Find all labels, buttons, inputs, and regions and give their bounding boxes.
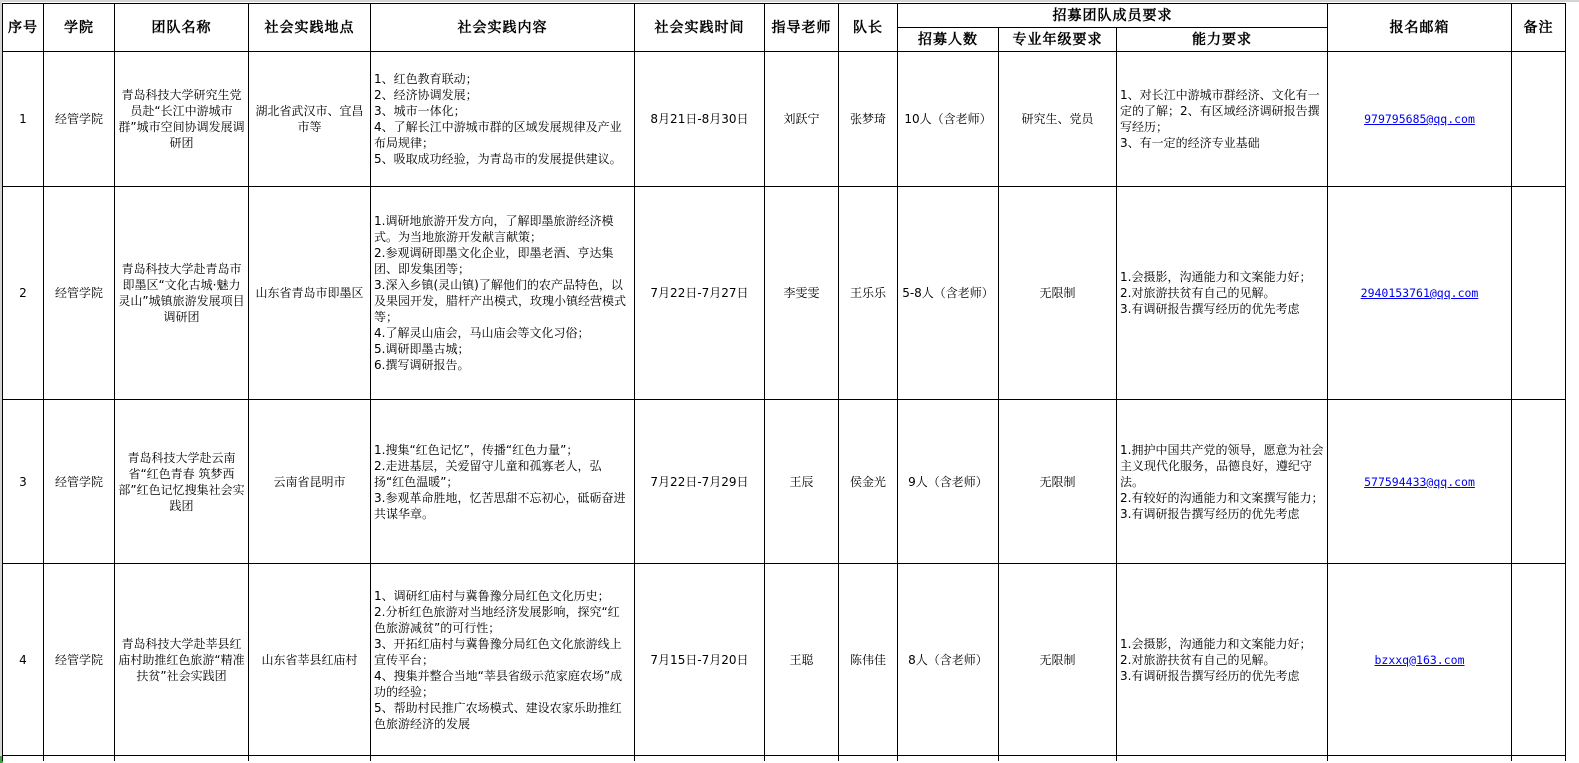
cell-index[interactable]: 3 <box>3 400 44 564</box>
cell-major-grade[interactable]: 无限制 <box>999 564 1117 756</box>
cell-content[interactable]: 1.调研地旅游开发方向，了解即墨旅游经济模式。为当地旅游开发献言献策； 2.参观… <box>371 187 635 400</box>
cell-empty[interactable] <box>44 756 115 762</box>
cell-college[interactable]: 经管学院 <box>44 564 115 756</box>
cell-index[interactable]: 2 <box>3 187 44 400</box>
header-team-name[interactable]: 团队名称 <box>115 4 249 52</box>
header-content[interactable]: 社会实践内容 <box>371 4 635 52</box>
cell-time[interactable]: 7月22日-7月29日 <box>635 400 765 564</box>
table-row: 1 经管学院 青岛科技大学研究生党员赴“长江中游城市群”城市空间协调发展调研团 … <box>3 52 1566 187</box>
header-ability[interactable]: 能力要求 <box>1117 28 1328 52</box>
header-college[interactable]: 学院 <box>44 4 115 52</box>
cell-major-grade[interactable]: 无限制 <box>999 187 1117 400</box>
cell-content[interactable]: 1.搜集“红色记忆”，传播“红色力量”； 2.走进基层，关爱留守儿童和孤寡老人，… <box>371 400 635 564</box>
cell-ability[interactable]: 1、对长江中游城市群经济、文化有一定的了解；2、有区域经济调研报告撰写经历； 3… <box>1117 52 1328 187</box>
cell-recruit-count[interactable]: 5-8人（含老师） <box>898 187 999 400</box>
cell-email[interactable]: bzxxq@163.com <box>1328 564 1512 756</box>
cell-advisor[interactable]: 王聪 <box>765 564 839 756</box>
cell-remarks[interactable] <box>1512 564 1566 756</box>
cell-advisor[interactable]: 王辰 <box>765 400 839 564</box>
table-row: 2 经管学院 青岛科技大学赴青岛市即墨区“文化古城·魅力灵山”城镇旅游发展项目调… <box>3 187 1566 400</box>
cell-empty[interactable] <box>1328 756 1512 762</box>
cell-empty[interactable] <box>635 756 765 762</box>
cell-ability[interactable]: 1.会摄影，沟通能力和文案能力好； 2.对旅游扶贫有自己的见解。 3.有调研报告… <box>1117 187 1328 400</box>
cell-location[interactable]: 湖北省武汉市、宜昌市等 <box>249 52 371 187</box>
cell-empty[interactable] <box>249 756 371 762</box>
cell-college[interactable]: 经管学院 <box>44 400 115 564</box>
cell-index[interactable]: 1 <box>3 52 44 187</box>
header-time[interactable]: 社会实践时间 <box>635 4 765 52</box>
header-advisor[interactable]: 指导老师 <box>765 4 839 52</box>
spreadsheet: 序号 学院 团队名称 社会实践地点 社会实践内容 社会实践时间 指导老师 队长 … <box>0 0 1579 763</box>
header-row-1: 序号 学院 团队名称 社会实践地点 社会实践内容 社会实践时间 指导老师 队长 … <box>3 4 1566 28</box>
cell-leader[interactable]: 陈伟佳 <box>839 564 898 756</box>
cell-major-grade[interactable]: 研究生、党员 <box>999 52 1117 187</box>
cell-content[interactable]: 1、红色教育联动； 2、经济协调发展； 3、城市一体化； 4、了解长江中游城市群… <box>371 52 635 187</box>
cell-empty[interactable] <box>765 756 839 762</box>
table-row-partial <box>3 756 1566 762</box>
header-major-grade[interactable]: 专业年级要求 <box>999 28 1117 52</box>
cell-email[interactable]: 2940153761@qq.com <box>1328 187 1512 400</box>
cell-empty[interactable] <box>839 756 898 762</box>
cell-empty[interactable] <box>1512 756 1566 762</box>
cell-email[interactable]: 979795685@qq.com <box>1328 52 1512 187</box>
table-row: 3 经管学院 青岛科技大学赴云南省“红色青春 筑梦西部”红色记忆搜集社会实践团 … <box>3 400 1566 564</box>
cell-location[interactable]: 山东省青岛市即墨区 <box>249 187 371 400</box>
cell-advisor[interactable]: 李雯雯 <box>765 187 839 400</box>
cell-empty[interactable] <box>371 756 635 762</box>
cell-advisor[interactable]: 刘跃宁 <box>765 52 839 187</box>
cell-team-name[interactable]: 青岛科技大学研究生党员赴“长江中游城市群”城市空间协调发展调研团 <box>115 52 249 187</box>
cell-empty[interactable] <box>115 756 249 762</box>
email-link[interactable]: 2940153761@qq.com <box>1361 286 1479 300</box>
cell-recruit-count[interactable]: 9人（含老师） <box>898 400 999 564</box>
cell-time[interactable]: 7月22日-7月27日 <box>635 187 765 400</box>
header-recruit-group[interactable]: 招募团队成员要求 <box>898 4 1328 28</box>
cell-ability[interactable]: 1.会摄影，沟通能力和文案能力好； 2.对旅游扶贫有自己的见解。 3.有调研报告… <box>1117 564 1328 756</box>
cell-time[interactable]: 8月21日-8月30日 <box>635 52 765 187</box>
cell-remarks[interactable] <box>1512 400 1566 564</box>
cell-location[interactable]: 云南省昆明市 <box>249 400 371 564</box>
cell-recruit-count[interactable]: 8人（含老师） <box>898 564 999 756</box>
table-row: 4 经管学院 青岛科技大学赴莘县红庙村助推红色旅游“精准扶贫”社会实践团 山东省… <box>3 564 1566 756</box>
cell-index[interactable]: 4 <box>3 564 44 756</box>
recruitment-table: 序号 学院 团队名称 社会实践地点 社会实践内容 社会实践时间 指导老师 队长 … <box>2 3 1566 761</box>
cell-team-name[interactable]: 青岛科技大学赴云南省“红色青春 筑梦西部”红色记忆搜集社会实践团 <box>115 400 249 564</box>
email-link[interactable]: bzxxq@163.com <box>1374 653 1464 667</box>
cell-empty[interactable] <box>3 756 44 762</box>
email-link[interactable]: 577594433@qq.com <box>1364 475 1475 489</box>
cell-team-name[interactable]: 青岛科技大学赴莘县红庙村助推红色旅游“精准扶贫”社会实践团 <box>115 564 249 756</box>
header-remarks[interactable]: 备注 <box>1512 4 1566 52</box>
header-recruit-count[interactable]: 招募人数 <box>898 28 999 52</box>
cell-college[interactable]: 经管学院 <box>44 187 115 400</box>
cell-leader[interactable]: 王乐乐 <box>839 187 898 400</box>
header-leader[interactable]: 队长 <box>839 4 898 52</box>
cell-recruit-count[interactable]: 10人（含老师） <box>898 52 999 187</box>
cell-time[interactable]: 7月15日-7月20日 <box>635 564 765 756</box>
cell-remarks[interactable] <box>1512 52 1566 187</box>
cell-remarks[interactable] <box>1512 187 1566 400</box>
cell-college[interactable]: 经管学院 <box>44 52 115 187</box>
email-link[interactable]: 979795685@qq.com <box>1364 112 1475 126</box>
header-index[interactable]: 序号 <box>3 4 44 52</box>
cell-location[interactable]: 山东省莘县红庙村 <box>249 564 371 756</box>
cell-leader[interactable]: 侯金光 <box>839 400 898 564</box>
cell-team-name[interactable]: 青岛科技大学赴青岛市即墨区“文化古城·魅力灵山”城镇旅游发展项目调研团 <box>115 187 249 400</box>
cell-empty[interactable] <box>898 756 999 762</box>
sheet-gridline-top <box>0 0 1579 2</box>
cell-empty[interactable] <box>1117 756 1328 762</box>
cell-email[interactable]: 577594433@qq.com <box>1328 400 1512 564</box>
cell-ability[interactable]: 1.拥护中国共产党的领导，愿意为社会主义现代化服务，品德良好，遵纪守法。 2.有… <box>1117 400 1328 564</box>
cell-leader[interactable]: 张梦琦 <box>839 52 898 187</box>
header-location[interactable]: 社会实践地点 <box>249 4 371 52</box>
cell-empty[interactable] <box>999 756 1117 762</box>
cell-content[interactable]: 1、调研红庙村与冀鲁豫分局红色文化历史； 2.分析红色旅游对当地经济发展影响，探… <box>371 564 635 756</box>
cell-major-grade[interactable]: 无限制 <box>999 400 1117 564</box>
header-email[interactable]: 报名邮箱 <box>1328 4 1512 52</box>
